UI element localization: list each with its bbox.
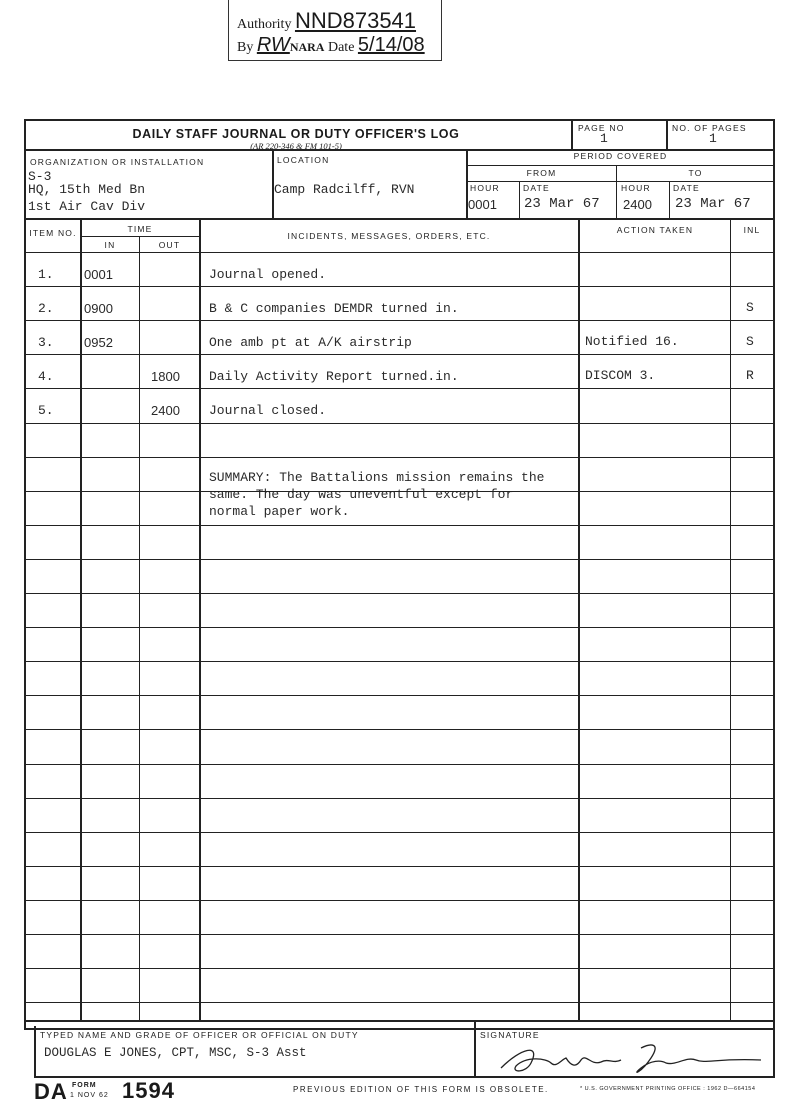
row-initials: S (746, 300, 754, 315)
row-line (26, 354, 773, 355)
row-line (26, 559, 773, 560)
summary-line: normal paper work. (209, 503, 544, 520)
row-time-out: 1800 (151, 369, 180, 384)
by-line: By RWNARA Date 5/14/08 (237, 34, 425, 57)
summary-line: same. The day was uneventful except for (209, 486, 544, 503)
col-inl: INL (731, 225, 773, 235)
row-action-taken: Notified 16. (585, 334, 679, 349)
row-time-out: 2400 (151, 403, 180, 418)
divider (26, 218, 773, 220)
row-incident: Daily Activity Report turned.in. (209, 369, 459, 384)
divider (616, 165, 617, 218)
row-line (26, 729, 773, 730)
authority-label: Authority (237, 17, 291, 32)
row-line (26, 661, 773, 662)
row-item-no: 1. (38, 267, 54, 282)
row-incident: One amb pt at A/K airstrip (209, 335, 412, 350)
row-line (26, 832, 773, 833)
row-line (26, 695, 773, 696)
row-incident: B & C companies DEMDR turned in. (209, 301, 459, 316)
row-line (26, 457, 773, 458)
to-label: TO (618, 168, 773, 178)
row-line (26, 320, 773, 321)
divider (26, 1020, 773, 1022)
no-of-pages-value: 1 (709, 131, 717, 146)
officer-label: TYPED NAME AND GRADE OF OFFICER OR OFFIC… (40, 1030, 359, 1040)
row-line (26, 900, 773, 901)
officer-signature-box: TYPED NAME AND GRADE OF OFFICER OR OFFIC… (34, 1026, 775, 1078)
form-title: DAILY STAFF JOURNAL OR DUTY OFFICER'S LO… (26, 127, 566, 141)
col-out: OUT (140, 240, 199, 250)
authority-line: Authority NND873541 (237, 8, 416, 34)
row-line (26, 423, 773, 424)
org-label: ORGANIZATION OR INSTALLATION (30, 157, 204, 167)
location-value: Camp Radcilff, RVN (274, 182, 414, 197)
obsolete-notice: PREVIOUS EDITION OF THIS FORM IS OBSOLET… (293, 1085, 549, 1094)
row-line (26, 388, 773, 389)
page-no-value: 1 (600, 131, 608, 146)
row-line (26, 252, 773, 253)
col-in: IN (81, 240, 139, 250)
signature (491, 1038, 771, 1076)
from-hour-value: 0001 (468, 197, 497, 212)
form-word-label: FORM (72, 1082, 97, 1089)
location-label: LOCATION (277, 155, 329, 165)
form-number: 1594 (122, 1078, 175, 1104)
row-time-in: 0001 (84, 267, 113, 282)
divider (474, 1026, 476, 1076)
signature-icon (491, 1038, 771, 1078)
row-item-no: 3. (38, 335, 54, 350)
row-line (26, 1002, 773, 1003)
to-hour-label: HOUR (621, 183, 651, 193)
org-line: HQ, 15th Med Bn (28, 181, 145, 198)
to-hour-value: 2400 (623, 197, 652, 212)
divider (666, 121, 668, 149)
divider (466, 181, 773, 182)
row-line (26, 491, 773, 492)
form-da-label: DA (34, 1079, 68, 1105)
declassification-stamp: Authority NND873541 By RWNARA Date 5/14/… (228, 0, 442, 61)
date-label: Date (328, 40, 354, 55)
row-action-taken: DISCOM 3. (585, 368, 655, 383)
form-date-label: 1 NOV 62 (70, 1092, 109, 1099)
col-incidents: INCIDENTS, MESSAGES, ORDERS, ETC. (200, 231, 578, 241)
divider (519, 181, 520, 218)
period-covered-label: PERIOD COVERED (468, 151, 773, 161)
col-time: TIME (81, 224, 199, 234)
row-time-in: 0900 (84, 301, 113, 316)
officer-name-value: DOUGLAS E JONES, CPT, MSC, S-3 Asst (44, 1046, 307, 1060)
row-incident: Journal closed. (209, 403, 326, 418)
journal-form: DAILY STAFF JOURNAL OR DUTY OFFICER'S LO… (24, 119, 775, 1030)
row-time-in: 0952 (84, 335, 113, 350)
row-initials: S (746, 334, 754, 349)
authority-value: NND873541 (295, 8, 416, 33)
divider (81, 236, 199, 237)
row-incident: Journal opened. (209, 267, 326, 282)
row-line (26, 525, 773, 526)
row-line (26, 593, 773, 594)
col-action-taken: ACTION TAKEN (580, 225, 730, 235)
row-line (26, 866, 773, 867)
row-item-no: 5. (38, 403, 54, 418)
by-initials: RW (257, 34, 290, 56)
date-value: 5/14/08 (358, 34, 425, 56)
row-line (26, 968, 773, 969)
row-item-no: 2. (38, 301, 54, 316)
to-date-value: 23 Mar 67 (675, 196, 751, 212)
row-item-no: 4. (38, 369, 54, 384)
row-line (26, 627, 773, 628)
divider (466, 165, 773, 166)
to-date-label: DATE (673, 183, 700, 193)
row-line (26, 286, 773, 287)
by-label: By (237, 40, 253, 55)
divider (571, 121, 573, 149)
from-date-value: 23 Mar 67 (524, 196, 600, 212)
printing-office: * U.S. GOVERNMENT PRINTING OFFICE : 1962… (580, 1086, 755, 1092)
org-value: S-3 HQ, 15th Med Bn 1st Air Cav Div (28, 168, 145, 215)
row-line (26, 934, 773, 935)
summary-text: SUMMARY: The Battalions mission remains … (209, 469, 544, 520)
org-line: 1st Air Cav Div (28, 198, 145, 215)
row-line (26, 798, 773, 799)
from-date-label: DATE (523, 183, 550, 193)
row-line (26, 764, 773, 765)
row-initials: R (746, 368, 754, 383)
from-label: FROM (468, 168, 615, 178)
nara-label: NARA (290, 40, 325, 54)
col-item-no: ITEM NO. (26, 228, 80, 239)
divider (669, 181, 670, 218)
summary-line: SUMMARY: The Battalions mission remains … (209, 469, 544, 486)
from-hour-label: HOUR (470, 183, 500, 193)
